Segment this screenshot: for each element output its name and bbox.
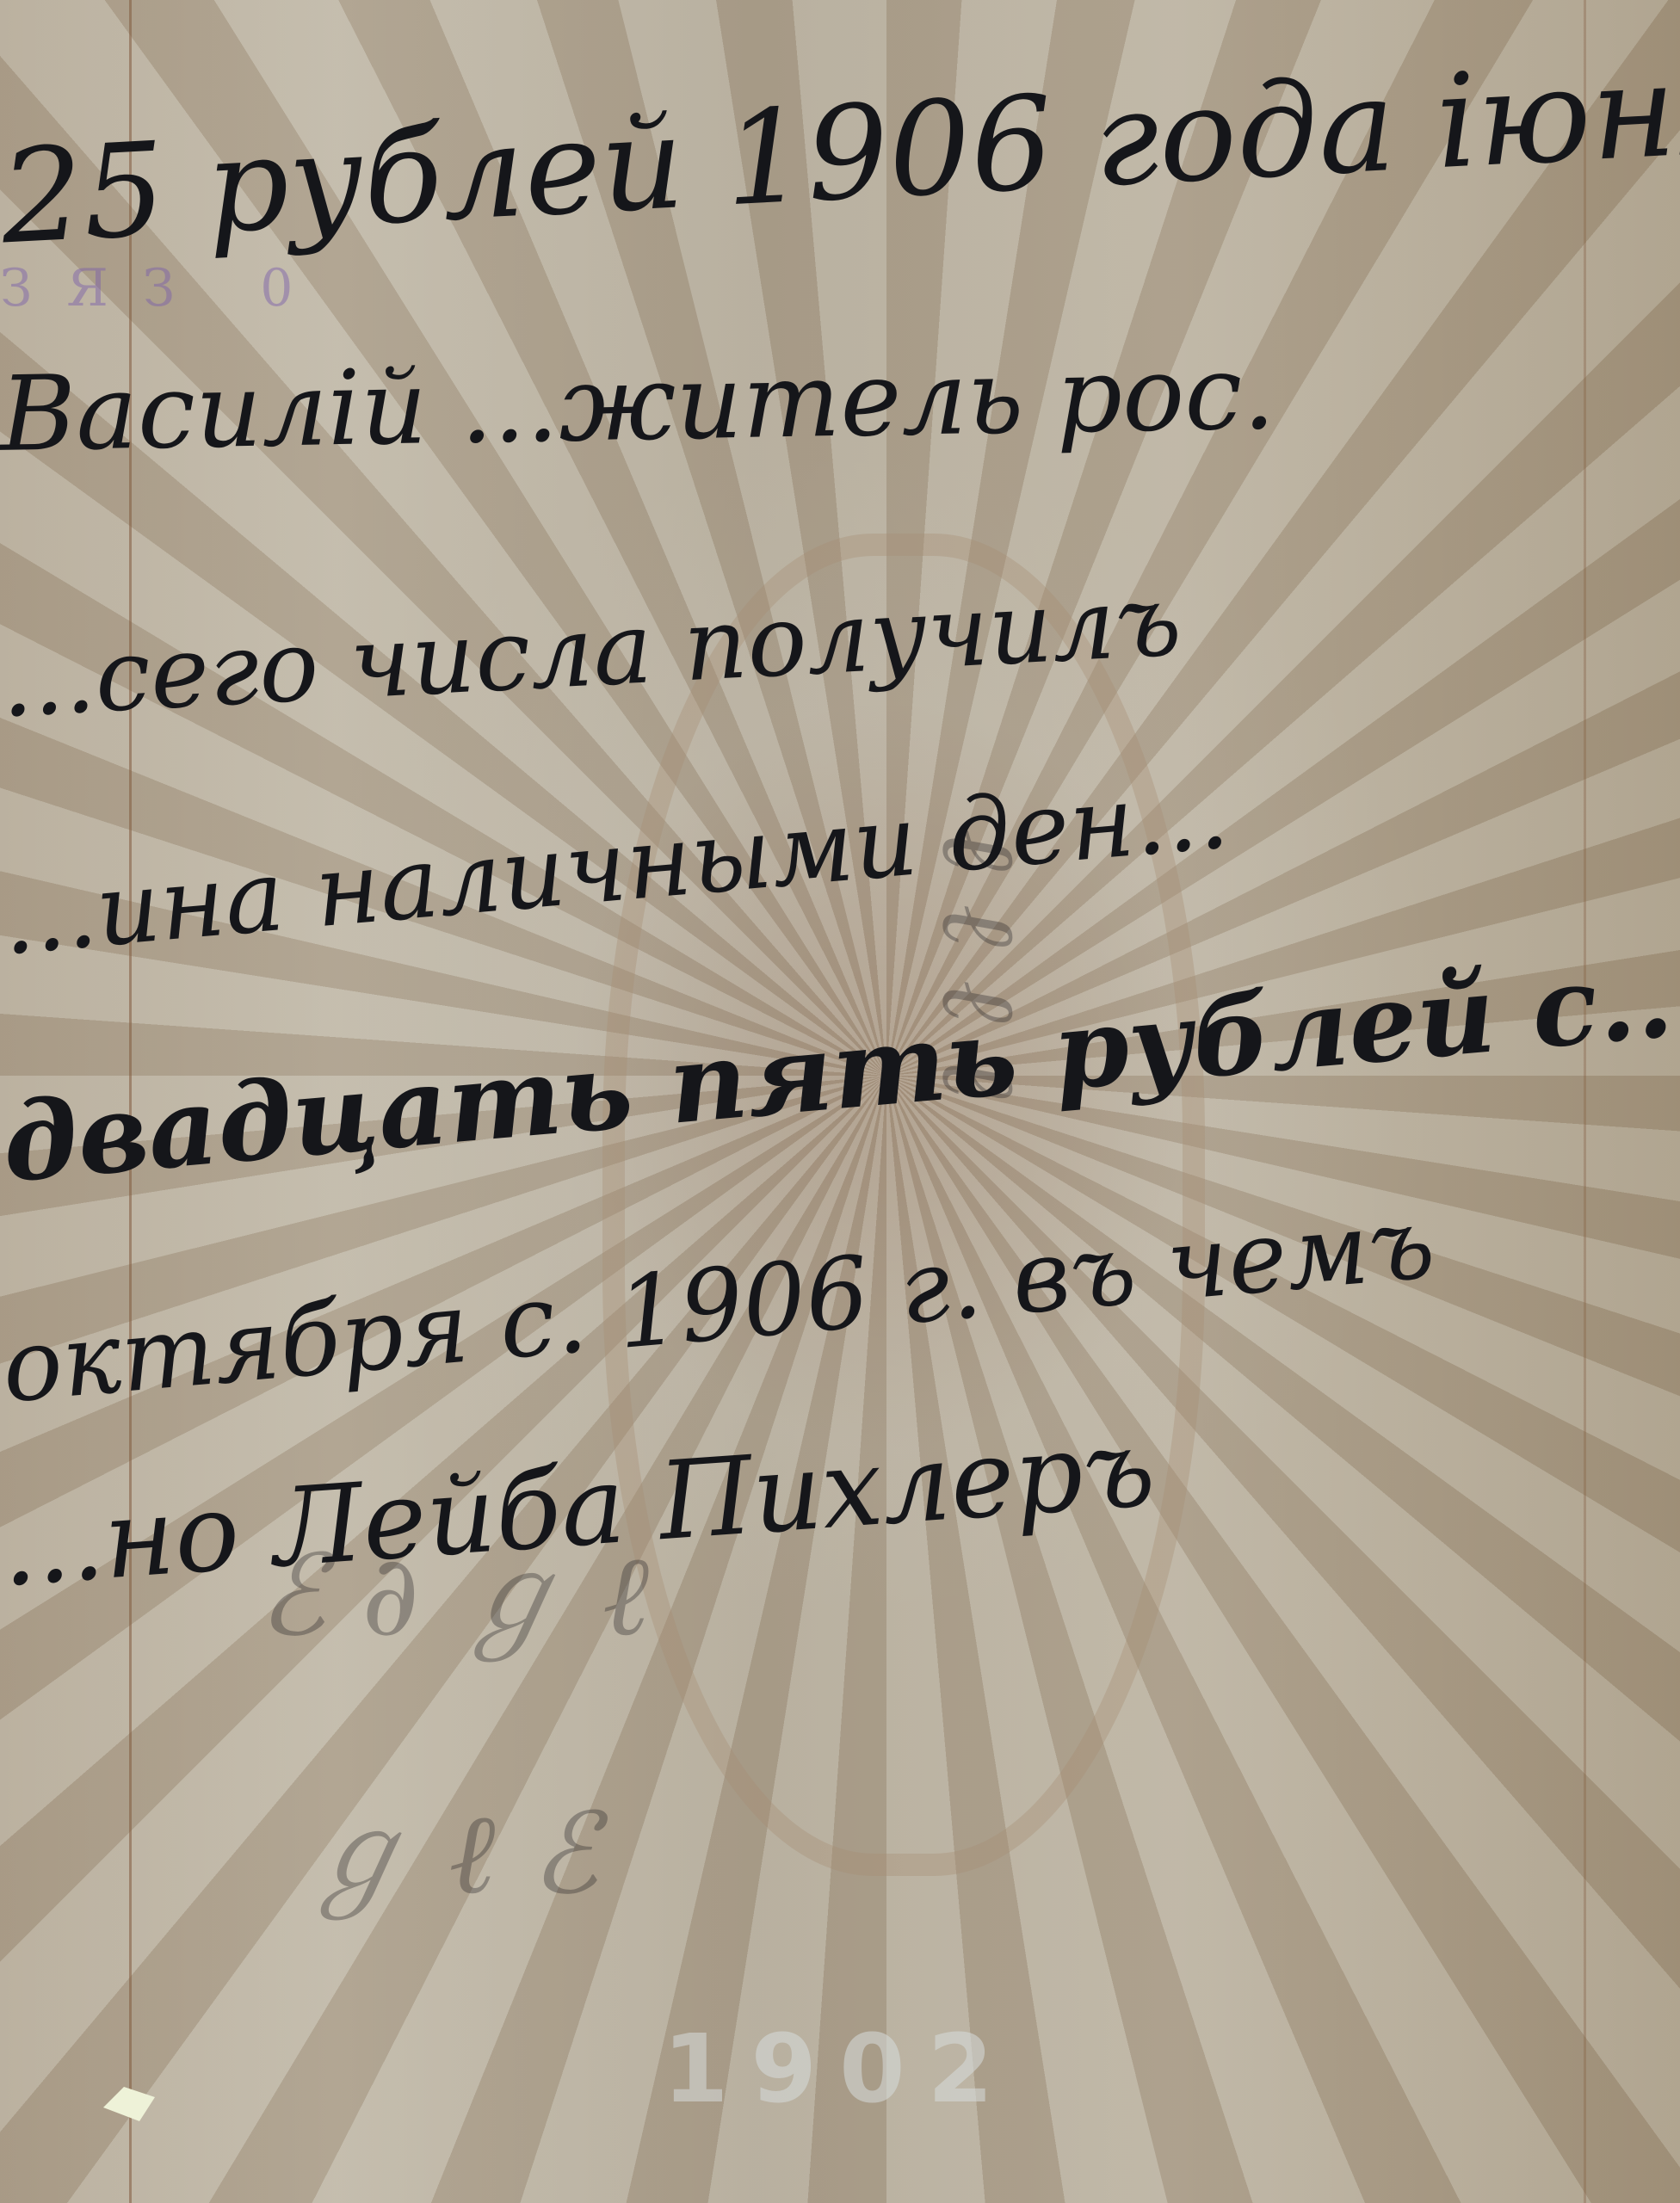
margin-rule-right bbox=[1584, 0, 1586, 2203]
document-photo: ЗЯЗ 0 ℓ ℓ ℓ ℓ ℰ ∂ ℊ ℓ ℊ ℓ ℰ 25 рублей 19… bbox=[0, 0, 1680, 2203]
bleed-through-text: ℊ ℓ ℰ bbox=[301, 1764, 599, 1925]
handwritten-line-2: Василій ...житель рос. bbox=[0, 333, 1276, 475]
coat-of-arms-watermark bbox=[602, 534, 1205, 1876]
watermark-year: 1902 bbox=[663, 2014, 1016, 2124]
